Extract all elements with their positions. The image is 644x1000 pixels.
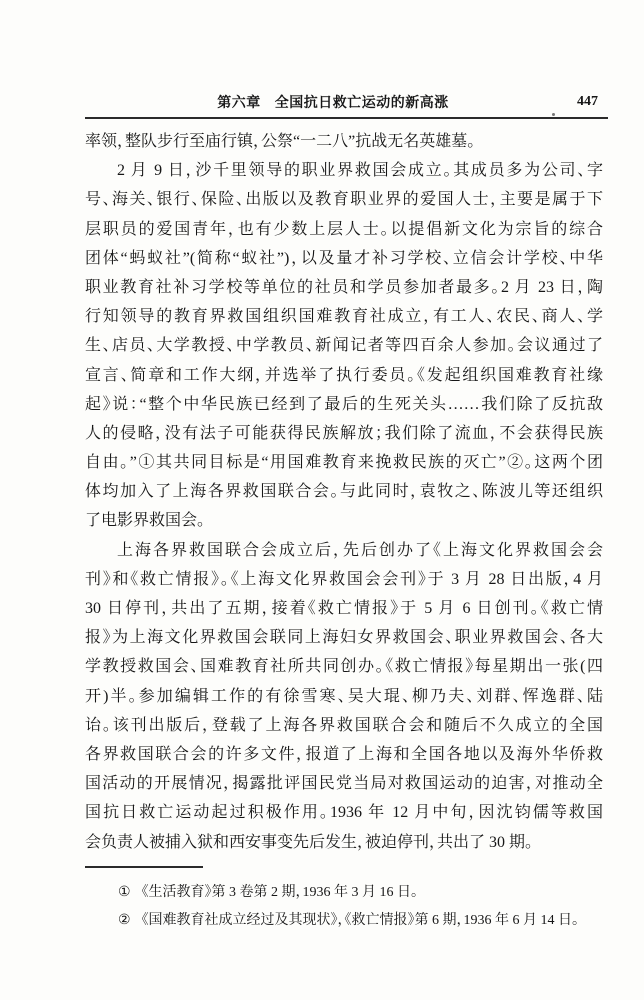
text-line: 自由。”①其共同目标是“用国难教育来挽救民族的灭亡”②。这两个团	[85, 448, 603, 477]
text-line: 上海各界救国联合会成立后，先后创办了《上海文化界救国会会	[85, 536, 603, 565]
text-line: 报》为上海文化界救国会联同上海妇女界救国会、职业界救国会、各大	[85, 623, 603, 652]
book-page: 第六章全国抗日救亡运动的新高涨 447 率领，整队步行至庙行镇，公祭“一二八”抗…	[0, 0, 644, 1000]
text-line: 了电影界救国会。	[85, 506, 603, 535]
footnote-marker: ①	[118, 885, 131, 900]
text-line: 开)半。参加编辑工作的有徐雪寒、吴大琨、柳乃夫、刘群、恽逸群、陆	[85, 682, 603, 711]
footnote-marker: ②	[118, 913, 131, 928]
page-number: 447	[577, 94, 598, 110]
footnote-text: 《生活教育》第 3 卷第 2 期，1936 年 3 月 16 日。	[142, 885, 419, 900]
text-line: 团体“蚂蚁社”(简称“蚁社”)，以及量才补习学校、立信会计学校、中华	[85, 244, 603, 273]
text-line: 刊》和《救亡情报》。《上海文化界救国会会刊》于 3 月 28 日出版，4 月	[85, 565, 603, 594]
text-line: 学教授救国会、国难教育社所共同创办。《救亡情报》每星期出一张(四	[85, 652, 603, 681]
text-line: 2 月 9 日，沙千里领导的职业界救国会成立。其成员多为公司、字	[85, 156, 603, 185]
text-line: 生、店员、大学教授、中学教员、新闻记者等四百余人参加。会议通过了	[85, 331, 603, 360]
text-line: 体均加入了上海各界救国联合会。与此同时，袁牧之、陈波儿等还组织	[85, 477, 603, 506]
text-line: 国抗日救亡运动起过积极作用。1936 年 12 月中旬，因沈钧儒等救国	[85, 798, 603, 827]
chapter-title-label: 全国抗日救亡运动的新高涨	[275, 96, 449, 111]
footnote: ②《国难教育社成立经过及其现状》，《救亡情报》第 6 期，1936 年 6 月 …	[118, 907, 588, 935]
scan-speck	[552, 113, 555, 116]
text-line: 行知领导的教育界救国组织国难教育社成立，有工人、农民、商人、学	[85, 302, 603, 331]
text-line: 职业教育社补习学校等单位的社员和学员参加者最多。2 月 23 日，陶	[85, 273, 603, 302]
text-line: 国活动的开展情况，揭露批评国民党当局对救国运动的迫害，对推动全	[85, 769, 603, 798]
chapter-number-label: 第六章	[217, 96, 261, 111]
text-line: 率领，整队步行至庙行镇，公祭“一二八”抗战无名英雄墓。	[85, 127, 603, 156]
footnotes: ①《生活教育》第 3 卷第 2 期，1936 年 3 月 16 日。 ②《国难教…	[118, 879, 588, 935]
text-line: 人的侵略，没有法子可能获得民族解放；我们除了流血，不会获得民族	[85, 419, 603, 448]
running-head: 第六章全国抗日救亡运动的新高涨	[74, 92, 592, 112]
footnote-divider	[85, 866, 203, 868]
text-line: 30 日停刊，共出了五期，接着《救亡情报》于 5 月 6 日创刊。《救亡情	[85, 594, 603, 623]
text-line: 诒。该刊出版后，登载了上海各界救国联合会和随后不久成立的全国	[85, 711, 603, 740]
text-line: 起》说：“整个中华民族已经到了最后的生死关头……我们除了反抗敌	[85, 390, 603, 419]
text-line: 各界救国联合会的许多文件，报道了上海和全国各地以及海外华侨救	[85, 740, 603, 769]
body-text: 率领，整队步行至庙行镇，公祭“一二八”抗战无名英雄墓。2 月 9 日，沙千里领导…	[85, 127, 603, 857]
text-line: 会负责人被捕入狱和西安事变先后发生，被迫停刊，共出了 30 期。	[85, 828, 603, 857]
footnote-text: 《国难教育社成立经过及其现状》，《救亡情报》第 6 期，1936 年 6 月 1…	[142, 913, 580, 928]
text-line: 号、海关、银行、保险、出版以及教育职业界的爱国人士，主要是属于下	[85, 185, 603, 214]
text-line: 层职员的爱国青年，也有少数上层人士。以提倡新文化为宗旨的综合	[85, 215, 603, 244]
header-rule	[85, 117, 608, 119]
footnote: ①《生活教育》第 3 卷第 2 期，1936 年 3 月 16 日。	[118, 879, 588, 907]
text-line: 宣言、简章和工作大纲，并选举了执行委员。《发起组织国难教育社缘	[85, 361, 603, 390]
